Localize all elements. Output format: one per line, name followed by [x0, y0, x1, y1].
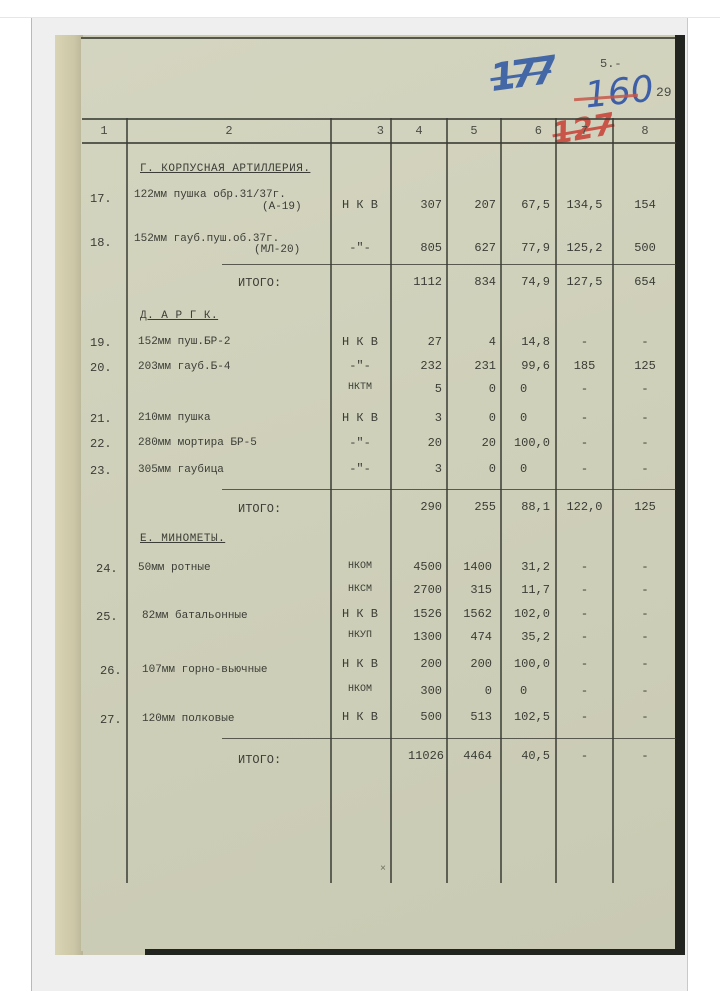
- row-number: 25.: [96, 610, 118, 624]
- total-label: ИТОГО:: [238, 502, 281, 516]
- col6-value: 67,5: [502, 198, 550, 212]
- row-number: 20.: [90, 361, 112, 375]
- col7-value: 185: [557, 359, 612, 373]
- col7-value: -: [557, 607, 612, 621]
- col5-value: 207: [448, 198, 496, 212]
- col6-value: 0: [520, 382, 527, 396]
- col5-value: 0: [448, 382, 496, 396]
- col8-value: -: [614, 583, 676, 597]
- item-name: 203мм гауб.Б-4: [138, 361, 230, 373]
- col7-value: 134,5: [557, 198, 612, 212]
- col-header-8: 8: [614, 124, 676, 138]
- item-name: 210мм пушка: [138, 412, 211, 424]
- col6-value: 102,0: [502, 607, 550, 621]
- col6-value: 31,2: [502, 560, 550, 574]
- col5-value: 627: [448, 241, 496, 255]
- col4-value: 200: [392, 657, 442, 671]
- left-rail: [0, 18, 32, 991]
- col6-total: 74,9: [502, 275, 550, 289]
- col7-total: 127,5: [557, 275, 612, 289]
- col6-value: 0: [520, 684, 527, 698]
- row-number: 24.: [96, 562, 118, 576]
- col4-value: 2700: [392, 583, 442, 597]
- row-number: 17.: [90, 192, 112, 206]
- col4-value: 307: [392, 198, 442, 212]
- col8-value: -: [614, 630, 676, 644]
- supplier: Н К В: [332, 657, 388, 671]
- supplier: НКТМ: [332, 382, 388, 393]
- col7-value: -: [557, 657, 612, 671]
- supplier: НКСМ: [332, 584, 388, 595]
- item-name: 280мм мортира БР-5: [138, 437, 257, 449]
- item-name: 122мм пушка обр.31/37г.: [134, 190, 286, 201]
- col8-value: 125: [614, 359, 676, 373]
- item-name: 152мм пуш.БР-2: [138, 336, 230, 348]
- blue-crossed-number: 177: [487, 48, 554, 100]
- supplier: НКОМ: [332, 684, 388, 695]
- row-number: 22.: [90, 437, 112, 451]
- col4-value: 5: [392, 382, 442, 396]
- col4-value: 3: [392, 411, 442, 425]
- col5-value: 200: [448, 657, 492, 671]
- section-title-mortars: Е. МИНОМЕТЫ.: [140, 533, 225, 545]
- col5-value: 474: [448, 630, 492, 644]
- col7-value: -: [557, 684, 612, 698]
- col8-value: 154: [614, 198, 676, 212]
- col-header-2: 2: [128, 124, 330, 138]
- col4-value: 500: [392, 710, 442, 724]
- col5-value: 1400: [448, 560, 492, 574]
- col5-value: 231: [448, 359, 496, 373]
- page-binding-edge: [55, 35, 83, 955]
- col6-value: 99,6: [502, 359, 550, 373]
- col4-value: 4500: [392, 560, 442, 574]
- col7-value: -: [557, 436, 612, 450]
- col4-total: 11026: [392, 749, 444, 763]
- col8-value: -: [614, 411, 676, 425]
- supplier: НКУП: [332, 630, 388, 641]
- col7-value: -: [557, 382, 612, 396]
- total-label: ИТОГО:: [238, 753, 281, 767]
- col6-value: 14,8: [502, 335, 550, 349]
- col5-value: 1562: [448, 607, 492, 621]
- supplier: Н К В: [332, 607, 388, 621]
- scan-shadow-right: [675, 35, 685, 955]
- supplier: -"-: [332, 241, 388, 255]
- col6-value: 102,5: [502, 710, 550, 724]
- item-name-sub: (А-19): [262, 202, 302, 213]
- col7-value: -: [557, 710, 612, 724]
- item-name-sub: (МЛ-20): [254, 245, 300, 256]
- col6-total: 88,1: [502, 500, 550, 514]
- col5-value: 0: [448, 411, 496, 425]
- col6-value: 0: [520, 462, 527, 476]
- supplier: Н К В: [332, 335, 388, 349]
- col4-value: 300: [392, 684, 442, 698]
- section-title-corps-artillery: Г. КОРПУСНАЯ АРТИЛЛЕРИЯ.: [140, 163, 310, 175]
- col8-value: -: [614, 607, 676, 621]
- col-header-1: 1: [82, 124, 126, 138]
- item-name: 50мм ротные: [138, 562, 211, 574]
- corner-page-mark: 5.-: [600, 57, 622, 71]
- section-title-argk: Д. А Р Г К.: [140, 310, 218, 322]
- col-header-6: 6: [502, 124, 542, 138]
- col6-value: 35,2: [502, 630, 550, 644]
- supplier: Н К В: [332, 710, 388, 724]
- supplier: Н К В: [332, 411, 388, 425]
- col7-value: -: [557, 411, 612, 425]
- viewer-top-bar: [0, 0, 720, 18]
- col8-total: 125: [614, 500, 676, 514]
- col4-value: 232: [392, 359, 442, 373]
- supplier: -"-: [332, 462, 388, 476]
- col5-value: 20: [448, 436, 496, 450]
- col8-total: -: [614, 749, 676, 763]
- supplier: -"-: [332, 436, 388, 450]
- item-name: 120мм полковые: [142, 713, 234, 725]
- row-number: 23.: [90, 464, 112, 478]
- col4-value: 27: [392, 335, 442, 349]
- col6-value: 11,7: [502, 583, 550, 597]
- sheet-number: 29: [656, 85, 672, 100]
- col7-total: 122,0: [557, 500, 612, 514]
- col8-value: -: [614, 462, 676, 476]
- item-name: 107мм горно-вьючные: [142, 664, 267, 676]
- small-cross-mark: ×: [380, 864, 386, 875]
- col7-value: -: [557, 462, 612, 476]
- col8-value: -: [614, 657, 676, 671]
- row-number: 26.: [100, 664, 122, 678]
- scan-shadow-bottom: [145, 949, 685, 955]
- supplier: -"-: [332, 359, 388, 373]
- col4-total: 290: [392, 500, 442, 514]
- col5-value: 315: [448, 583, 492, 597]
- col5-value: 513: [448, 710, 492, 724]
- col7-value: -: [557, 583, 612, 597]
- col7-value: -: [557, 560, 612, 574]
- col4-value: 805: [392, 241, 442, 255]
- row-number: 27.: [100, 713, 122, 727]
- col8-value: -: [614, 335, 676, 349]
- col8-value: -: [614, 382, 676, 396]
- col-header-3: 3: [332, 124, 384, 138]
- col5-total: 255: [448, 500, 496, 514]
- col5-value: 4: [448, 335, 496, 349]
- col6-total: 40,5: [502, 749, 550, 763]
- col8-value: 500: [614, 241, 676, 255]
- row-number: 21.: [90, 412, 112, 426]
- supplier: НКОМ: [332, 561, 388, 572]
- col-header-7: 7: [557, 124, 612, 138]
- col5-total: 834: [448, 275, 496, 289]
- row-number: 18.: [90, 236, 112, 250]
- col4-value: 1300: [392, 630, 442, 644]
- col5-value: 0: [448, 684, 492, 698]
- col7-value: 125,2: [557, 241, 612, 255]
- col5-total: 4464: [448, 749, 492, 763]
- col8-value: -: [614, 684, 676, 698]
- col4-value: 1526: [392, 607, 442, 621]
- total-label: ИТОГО:: [238, 276, 281, 290]
- col8-value: -: [614, 436, 676, 450]
- col6-value: 100,0: [502, 436, 550, 450]
- col4-value: 20: [392, 436, 442, 450]
- col6-value: 77,9: [502, 241, 550, 255]
- col-header-5: 5: [448, 124, 500, 138]
- col8-total: 654: [614, 275, 676, 289]
- col7-total: -: [557, 749, 612, 763]
- col8-value: -: [614, 710, 676, 724]
- col4-value: 3: [392, 462, 442, 476]
- right-rail: [688, 18, 720, 991]
- col-header-4: 4: [392, 124, 446, 138]
- col4-total: 1112: [392, 275, 442, 289]
- supplier: Н К В: [332, 198, 388, 212]
- col6-value: 0: [520, 411, 527, 425]
- col7-value: -: [557, 335, 612, 349]
- col5-value: 0: [448, 462, 496, 476]
- item-name: 82мм батальонные: [142, 610, 248, 622]
- item-name: 305мм гаубица: [138, 464, 224, 476]
- col6-value: 100,0: [502, 657, 550, 671]
- col7-value: -: [557, 630, 612, 644]
- row-number: 19.: [90, 336, 112, 350]
- col8-value: -: [614, 560, 676, 574]
